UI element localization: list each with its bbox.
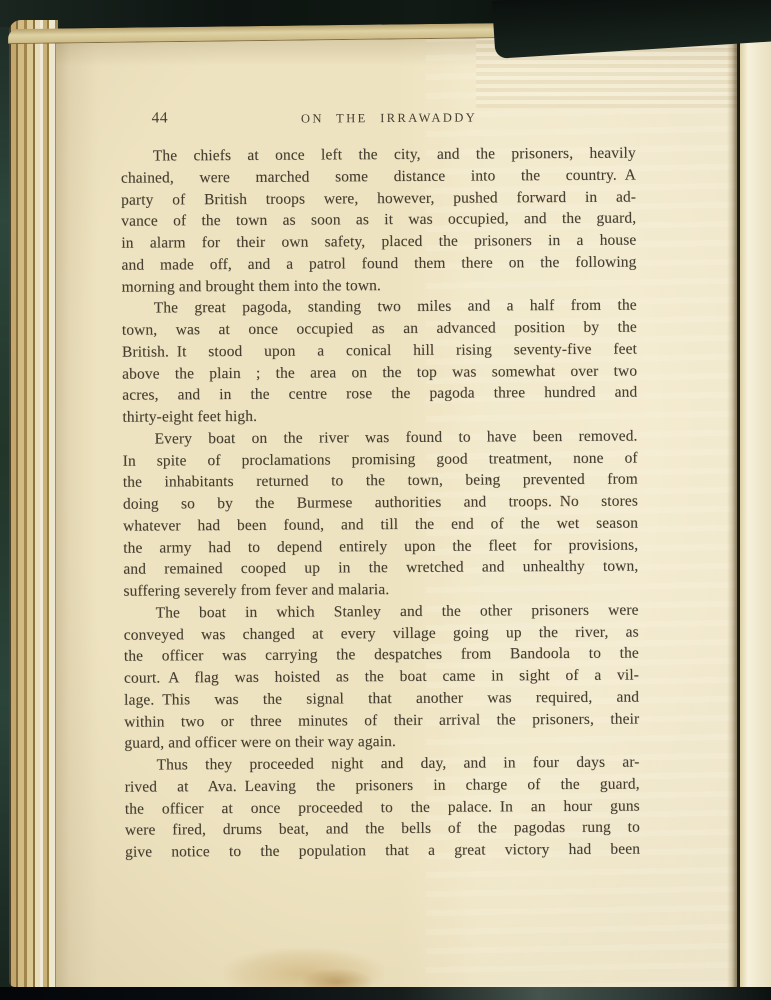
text-line: above the plain ; the area on the top wa…	[122, 360, 637, 385]
text-line: in alarm for their own safety, placed th…	[121, 230, 636, 255]
page-content: 44 ON THE IRRAWADDY The chiefs at once l…	[56, 36, 737, 988]
text-line: guard, and officer were on their way aga…	[124, 730, 639, 755]
text-line: chained, were marched some distance into…	[121, 164, 636, 189]
text-line: court. A flag was hoisted as the boat ca…	[124, 665, 639, 690]
text-line: were fired, drums beat, and the bells of…	[125, 817, 640, 842]
text-line: suffering severely from fever and malari…	[123, 578, 638, 603]
text-line: vance of the town as soon as it was occu…	[121, 208, 636, 233]
scanned-page: 44 ON THE IRRAWADDY The chiefs at once l…	[56, 36, 737, 988]
text-line: The great pagoda, standing two miles and…	[122, 295, 637, 320]
running-header: ON THE IRRAWADDY	[121, 107, 636, 128]
page-text: The chiefs at once left the city, and th…	[121, 143, 640, 864]
text-line: the officer at once proceeded to the pal…	[125, 795, 640, 820]
gutter-crease	[727, 30, 741, 987]
text-line: The boat in which Stanley and the other …	[124, 599, 639, 624]
text-line: lage. This was the signal that another w…	[124, 686, 639, 711]
text-line: give notice to the population that a gre…	[125, 839, 640, 864]
text-line: town, was at once occupied as an advance…	[122, 317, 637, 342]
book-cover-bottom-edge	[0, 987, 771, 1000]
ink-speck	[488, 478, 491, 481]
text-line: conveyed was changed at every village go…	[124, 621, 639, 646]
next-page-edge	[740, 30, 771, 987]
text-line: British. It stood upon a conical hill ri…	[122, 338, 637, 363]
page-number: 44	[152, 109, 169, 127]
text-line: and made off, and a patrol found them th…	[121, 251, 636, 276]
text-line: acres, and in the centre rose the pagoda…	[122, 382, 637, 407]
text-line: thirty-eight feet high.	[122, 404, 637, 429]
book-scan-photo: 44 ON THE IRRAWADDY The chiefs at once l…	[0, 0, 771, 1000]
text-line: doing so by the Burmese authorities and …	[123, 491, 638, 516]
text-line: morning and brought them into the town.	[122, 273, 637, 298]
text-line: and remained cooped up in the wretched a…	[123, 556, 638, 581]
text-line: Thus they proceeded night and day, and i…	[124, 752, 639, 777]
text-line: Every boat on the river was found to hav…	[122, 425, 637, 450]
text-line: the inhabitants returned to the town, be…	[123, 469, 638, 494]
text-line: rived at Ava. Leaving the prisoners in c…	[125, 773, 640, 798]
text-line: within two or three minutes of their arr…	[124, 708, 639, 733]
text-line: In spite of proclamations promising good…	[123, 447, 638, 472]
page-header-row: 44 ON THE IRRAWADDY	[121, 107, 636, 132]
text-line: the officer was carrying the despatches …	[124, 643, 639, 668]
left-page-edges	[9, 20, 58, 987]
text-line: whatever had been found, and till the en…	[123, 512, 638, 537]
text-line: The chiefs at once left the city, and th…	[121, 143, 636, 168]
text-line: the army had to depend entirely upon the…	[123, 534, 638, 559]
text-line: party of British troops were, however, p…	[121, 186, 636, 211]
